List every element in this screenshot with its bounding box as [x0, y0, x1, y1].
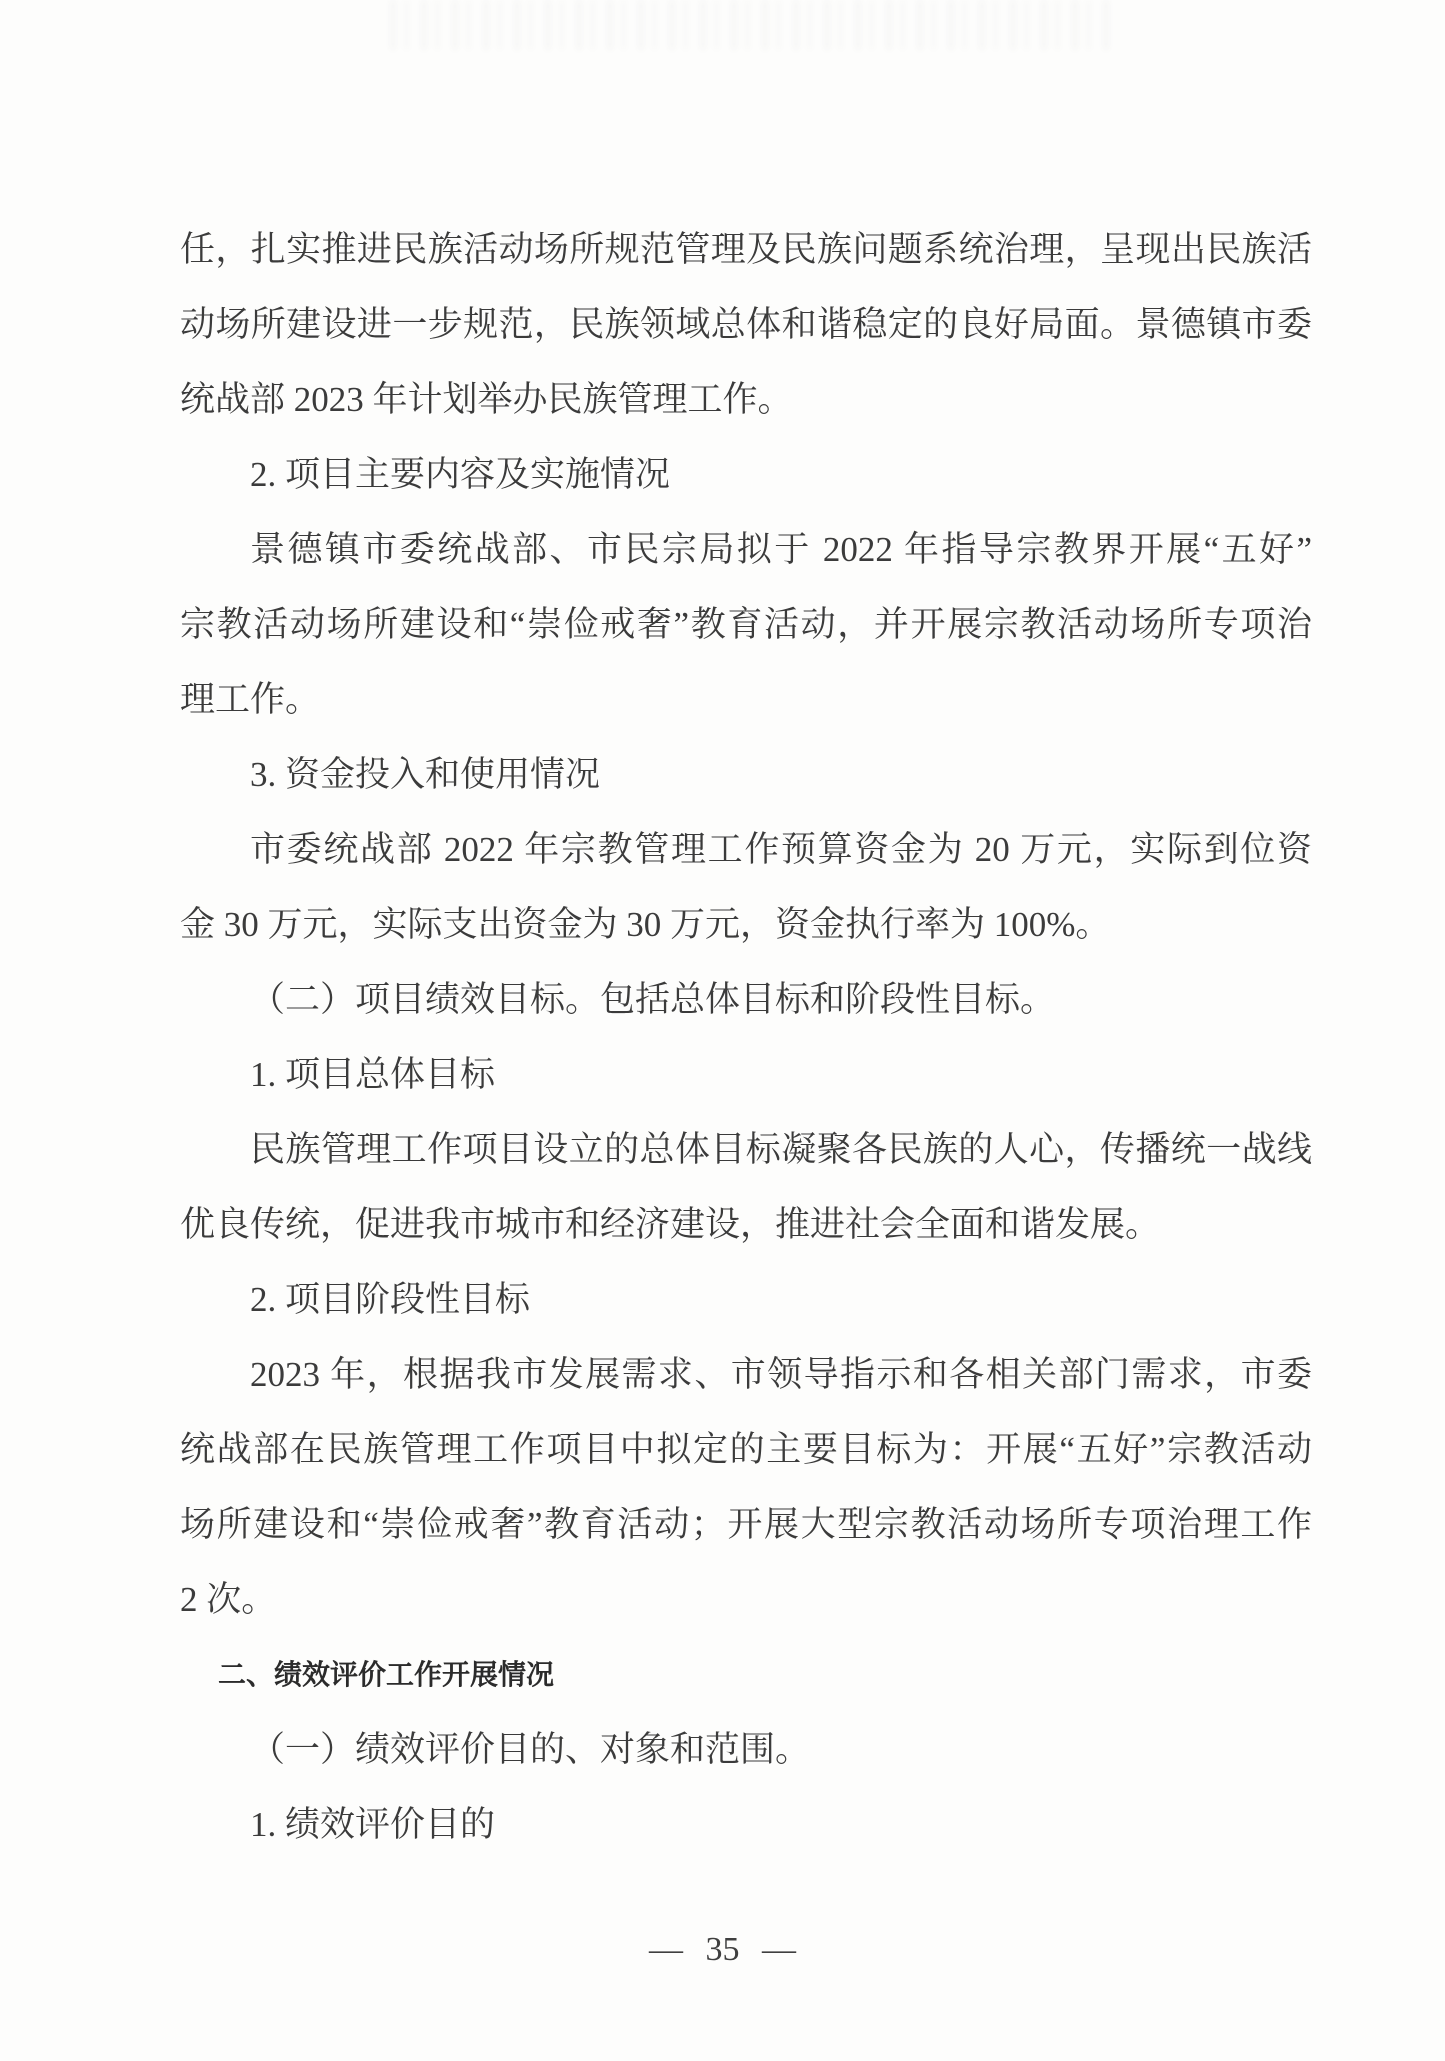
text-line: 1. 项目总体目标 — [180, 1037, 1312, 1112]
text-line: 3. 资金投入和使用情况 — [180, 737, 1312, 812]
text-line: 场所建设和“崇俭戒奢”教育活动；开展大型宗教活动场所专项治理工作 — [180, 1487, 1312, 1562]
text-line: 2. 项目阶段性目标 — [180, 1262, 1312, 1337]
text-line: 统战部在民族管理工作项目中拟定的主要目标为：开展“五好”宗教活动 — [180, 1412, 1312, 1487]
text-line: 任，扎实推进民族活动场所规范管理及民族问题系统治理，呈现出民族活 — [180, 212, 1312, 287]
text-line: 2023 年，根据我市发展需求、市领导指示和各相关部门需求，市委 — [180, 1337, 1312, 1412]
text-line: 宗教活动场所建设和“崇俭戒奢”教育活动，并开展宗教活动场所专项治 — [180, 587, 1312, 662]
text-line: 2. 项目主要内容及实施情况 — [180, 437, 1312, 512]
scan-bleed-artifact — [390, 0, 1110, 50]
text-line: 优良传统，促进我市城市和经济建设，推进社会全面和谐发展。 — [180, 1187, 1312, 1262]
text-line: （二）项目绩效目标。包括总体目标和阶段性目标。 — [180, 962, 1312, 1037]
text-line: 市委统战部 2022 年宗教管理工作预算资金为 20 万元，实际到位资 — [180, 812, 1312, 887]
document-page: 任，扎实推进民族活动场所规范管理及民族问题系统治理，呈现出民族活动场所建设进一步… — [0, 0, 1445, 2061]
section-heading: 二、绩效评价工作开展情况 — [180, 1637, 1312, 1712]
text-line: 金 30 万元，实际支出资金为 30 万元，资金执行率为 100%。 — [180, 887, 1312, 962]
page-number-footer: — 35 — — [0, 1925, 1445, 1975]
text-lines: 任，扎实推进民族活动场所规范管理及民族问题系统治理，呈现出民族活动场所建设进一步… — [180, 212, 1312, 1862]
text-line: 1. 绩效评价目的 — [180, 1787, 1312, 1862]
text-line: 民族管理工作项目设立的总体目标凝聚各民族的人心，传播统一战线 — [180, 1112, 1312, 1187]
text-line: 2 次。 — [180, 1562, 1312, 1637]
text-line: 景德镇市委统战部、市民宗局拟于 2022 年指导宗教界开展“五好” — [180, 512, 1312, 587]
text-line: （一）绩效评价目的、对象和范围。 — [180, 1712, 1312, 1787]
text-line: 动场所建设进一步规范，民族领域总体和谐稳定的良好局面。景德镇市委 — [180, 287, 1312, 362]
text-line: 理工作。 — [180, 662, 1312, 737]
text-line: 统战部 2023 年计划举办民族管理工作。 — [180, 362, 1312, 437]
